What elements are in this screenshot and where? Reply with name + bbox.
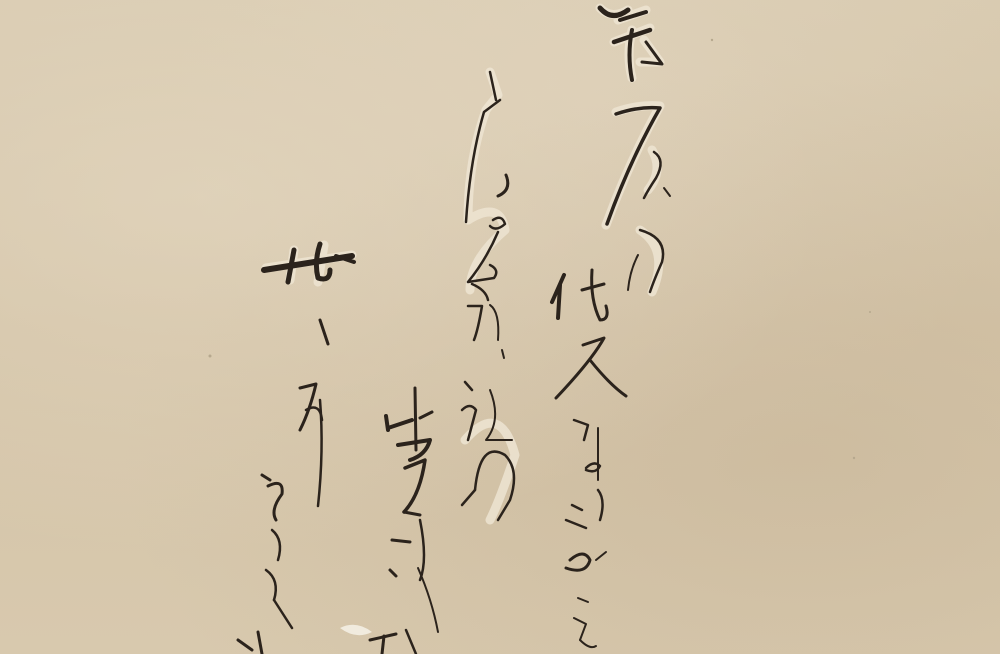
column-4-strokes <box>370 388 438 654</box>
column-2-strokes <box>552 270 626 647</box>
paper-specks <box>209 39 872 459</box>
column-3-strokes <box>462 72 514 520</box>
column-5-strokes <box>238 244 354 654</box>
calligraphy-ink <box>0 0 1000 654</box>
calligraphy-paper: Japanese kana calligraphy on aged paper <box>0 0 1000 654</box>
